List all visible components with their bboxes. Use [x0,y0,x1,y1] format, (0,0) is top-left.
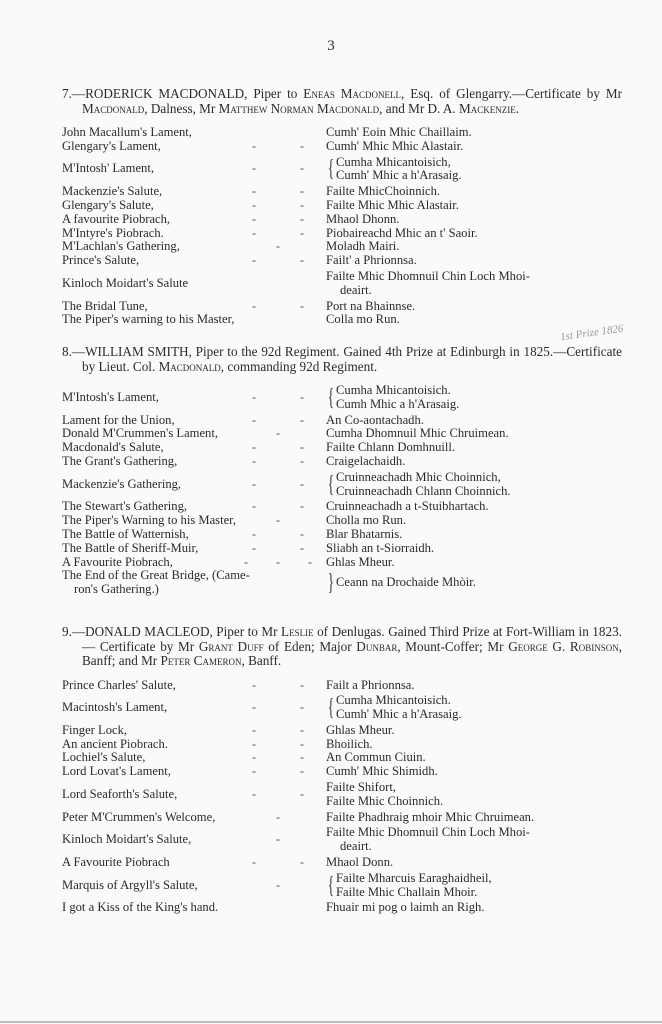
leader-dashes: -- [230,441,326,455]
tune-row: Marquis of Argyll's Salute,-{Failte Mhar… [62,872,622,900]
gaelic-title: Craigelachaidh. [326,455,622,469]
entry-heading: 7.—RODERICK MACDONALD, Piper to Eneas Ma… [62,87,622,116]
gaelic-title: Port na Bhainnse. [326,300,622,314]
tune-row: Finger Lock,--Ghlas Mheur. [62,724,622,738]
tune-row: Prince's Salute,--Failt' a Phrionnsa. [62,254,622,268]
entry-heading: 8.—WILLIAM SMITH, Piper to the 92d Regim… [62,345,622,374]
english-title: M'Intyre's Piobrach. [62,227,230,241]
english-title: A favourite Piobrach, [62,213,230,227]
tune-row: Lord Seaforth's Salute,--Failte Shifort,… [62,781,622,809]
entry-number: 7.— [62,86,85,101]
piper-entry-7: 7.—RODERICK MACDONALD, Piper to Eneas Ma… [62,87,622,327]
gaelic-title: }Ceann na Drochaide Mhòir. [326,571,622,595]
leader-dashes: -- [230,254,326,268]
tune-row: Lord Lovat's Lament,--Cumh' Mhic Shimidh… [62,765,622,779]
english-title: Finger Lock, [62,724,230,738]
tune-row: The Battle of Watternish,--Blar Bhatarni… [62,528,622,542]
leader-dashes: -- [230,528,326,542]
gaelic-title: Ghlas Mheur. [326,556,622,570]
tune-row: The Piper's Warning to his Master,-Choll… [62,514,622,528]
english-title: Peter M'Crummen's Welcome, [62,811,230,825]
tune-row: M'Lachlan's Gathering,-Moladh Mairi. [62,240,622,254]
gaelic-title: An Commun Ciuin. [326,751,622,765]
english-title: Glengary's Lament, [62,140,230,154]
piper-entry-8: 8.—WILLIAM SMITH, Piper to the 92d Regim… [62,345,622,597]
english-title: Macdonald's Salute, [62,441,230,455]
gaelic-title: Failte Mhic Dhomnuil Chin Loch Mhoi-deai… [326,270,622,298]
english-title: Kinloch Moidart's Salute [62,277,230,291]
gaelic-title: {Cumha Mhicantoisich,Cumh' Mhic a h'Aras… [326,156,622,184]
gaelic-title: {Cruinneachadh Mhic Choinnich,Cruinneach… [326,471,622,499]
tune-row: An ancient Piobrach.--Bhoilich. [62,738,622,752]
page-number: 3 [0,38,662,55]
english-title: Donald M'Crummen's Lament, [62,427,230,441]
gaelic-title: Mhaol Dhonn. [326,213,622,227]
tune-list: Prince Charles' Salute,--Failt a Phrionn… [62,679,622,916]
leader-dashes: -- [230,185,326,199]
tune-row: Peter M'Crummen's Welcome,-Failte Phadhr… [62,811,622,825]
gaelic-title: Piobaireachd Mhic an t' Saoir. [326,227,622,241]
english-title: The Stewart's Gathering, [62,500,230,514]
leader-dashes: --- [230,556,326,570]
tune-row: M'Intyre's Piobrach.--Piobaireachd Mhic … [62,227,622,241]
leader-dashes: - [230,879,326,893]
tune-row: A Favourite Piobrach,---Ghlas Mheur. [62,556,622,570]
brace-glyph: } [328,571,332,595]
english-title: John Macallum's Lament, [62,126,230,140]
leader-dashes: -- [230,724,326,738]
english-title: M'Intosh's Lament, [62,391,230,405]
leader-dashes: -- [230,162,326,176]
gaelic-title: Moladh Mairi. [326,240,622,254]
english-title: Glengary's Salute, [62,199,230,213]
entry-number: 8.— [62,344,85,359]
brace-glyph: { [328,696,332,720]
english-title: A Favourite Piobrach [62,856,230,870]
english-title: An ancient Piobrach. [62,738,230,752]
tune-row: A favourite Piobrach,--Mhaol Dhonn. [62,213,622,227]
brace-glyph: { [328,874,332,898]
gaelic-title: Failte Chlann Domhnuill. [326,441,622,455]
gaelic-title: An Co-aontachadh. [326,414,622,428]
tune-row: The Bridal Tune,--Port na Bhainnse. [62,300,622,314]
tune-row: Mackenzie's Gathering,--{Cruinneachadh M… [62,471,622,499]
gaelic-title: Failt' a Phrionnsa. [326,254,622,268]
gaelic-title: Cumh' Eoin Mhic Chaillaim. [326,126,622,140]
piper-name: DONALD MACLEOD [85,624,209,639]
tune-row: M'Intosh' Lament,--{Cumha Mhicantoisich,… [62,156,622,184]
english-title: The End of the Great Bridge, (Came-ron's… [62,569,326,597]
gaelic-title: Sliabh an t-Siorraidh. [326,542,622,556]
leader-dashes: - [230,833,326,847]
gaelic-title: Failt a Phrionnsa. [326,679,622,693]
tune-row: Lament for the Union,--An Co-aontachadh. [62,414,622,428]
english-title: A Favourite Piobrach, [62,556,230,570]
english-title: The Piper's warning to his Master, [62,313,230,327]
english-title: Lord Seaforth's Salute, [62,788,230,802]
english-title: The Bridal Tune, [62,300,230,314]
leader-dashes: -- [230,856,326,870]
entry-number: 9.— [62,624,85,639]
gaelic-title: Fhuair mi pog o laimh an Righ. [326,901,622,915]
leader-dashes: -- [230,478,326,492]
gaelic-title: Failte Mhic Dhomnuil Chin Loch Mhoi-deai… [326,826,622,854]
english-title: Prince's Salute, [62,254,230,268]
gaelic-title: Bhoilich. [326,738,622,752]
tune-row: I got a Kiss of the King's hand.Fhuair m… [62,901,622,915]
leader-dashes: -- [230,542,326,556]
tune-row: Donald M'Crummen's Lament,-Cumha Dhomnui… [62,427,622,441]
leader-dashes: -- [230,738,326,752]
leader-dashes: -- [230,227,326,241]
gaelic-title: {Cumha Mhicantoisich.Cumh Mhic a h'Arasa… [326,384,622,412]
english-title: I got a Kiss of the King's hand. [62,901,230,915]
leader-dashes: - [230,514,326,528]
tune-row: Macdonald's Salute,--Failte Chlann Domhn… [62,441,622,455]
english-title: Macintosh's Lament, [62,701,230,715]
leader-dashes: -- [230,391,326,405]
leader-dashes: -- [230,765,326,779]
english-title: Lochiel's Salute, [62,751,230,765]
tune-row: Macintosh's Lament,--{Cumha Mhicantoisic… [62,694,622,722]
english-title: Mackenzie's Gathering, [62,478,230,492]
leader-dashes: - [230,427,326,441]
english-title: Lord Lovat's Lament, [62,765,230,779]
tune-row: The End of the Great Bridge, (Came-ron's… [62,569,622,597]
leader-dashes: -- [230,751,326,765]
tune-row: The Battle of Sheriff-Muir,--Sliabh an t… [62,542,622,556]
tune-row: Kinloch Moidart's SaluteFailte Mhic Dhom… [62,270,622,298]
tune-row: The Stewart's Gathering,--Cruinneachadh … [62,500,622,514]
gaelic-title: Blar Bhatarnis. [326,528,622,542]
leader-dashes: -- [230,414,326,428]
leader-dashes: -- [230,300,326,314]
tune-row: Glengary's Lament,--Cumh' Mhic Mhic Alas… [62,140,622,154]
english-title: M'Intosh' Lament, [62,162,230,176]
english-title: The Battle of Sheriff-Muir, [62,542,230,556]
tune-row: John Macallum's Lament,Cumh' Eoin Mhic C… [62,126,622,140]
tune-row: Prince Charles' Salute,--Failt a Phrionn… [62,679,622,693]
document-page: 3 1st Prize 1826 7.—RODERICK MACDONALD, … [0,0,662,1024]
brace-glyph: { [328,157,332,181]
gaelic-title: Mhaol Donn. [326,856,622,870]
tune-row: Lochiel's Salute,--An Commun Ciuin. [62,751,622,765]
gaelic-title: {Failte Mharcuis Earaghaidheil,Failte Mh… [326,872,622,900]
leader-dashes: -- [230,455,326,469]
english-title: Prince Charles' Salute, [62,679,230,693]
piper-entry-9: 9.—DONALD MACLEOD, Piper to Mr Leslie of… [62,625,622,915]
english-title: The Battle of Watternish, [62,528,230,542]
leader-dashes: -- [230,679,326,693]
tune-row: Mackenzie's Salute,--Failte MhicChoinnic… [62,185,622,199]
tune-row: Glengary's Salute,--Failte Mhic Mhic Ala… [62,199,622,213]
gaelic-title: Cumh' Mhic Shimidh. [326,765,622,779]
leader-dashes: -- [230,788,326,802]
gaelic-title: Cholla mo Run. [326,514,622,528]
gaelic-title: Failte MhicChoinnich. [326,185,622,199]
leader-dashes: -- [230,140,326,154]
tune-list: M'Intosh's Lament,--{Cumha Mhicantoisich… [62,384,622,597]
leader-dashes: - [230,811,326,825]
gaelic-title: {Cumha Mhicantoisich.Cumh' Mhic a h'Aras… [326,694,622,722]
leader-dashes: -- [230,199,326,213]
tune-row: M'Intosh's Lament,--{Cumha Mhicantoisich… [62,384,622,412]
english-title: The Grant's Gathering, [62,455,230,469]
leader-dashes: - [230,240,326,254]
piper-name: WILLIAM SMITH [85,344,188,359]
tune-list: John Macallum's Lament,Cumh' Eoin Mhic C… [62,126,622,327]
tune-row: The Grant's Gathering,--Craigelachaidh. [62,455,622,469]
leader-dashes: -- [230,213,326,227]
page-edge [0,1021,662,1023]
gaelic-title: Failte Mhic Mhic Alastair. [326,199,622,213]
gaelic-title: Ghlas Mheur. [326,724,622,738]
english-title: Mackenzie's Salute, [62,185,230,199]
tune-row: Kinloch Moidart's Salute,-Failte Mhic Dh… [62,826,622,854]
english-title: Lament for the Union, [62,414,230,428]
english-title: The Piper's Warning to his Master, [62,514,230,528]
leader-dashes: -- [230,500,326,514]
brace-glyph: { [328,386,332,410]
english-title: Kinloch Moidart's Salute, [62,833,230,847]
english-title: Marquis of Argyll's Salute, [62,879,230,893]
gaelic-title: Failte Phadhraig mhoir Mhic Chruimean. [326,811,622,825]
leader-dashes: -- [230,701,326,715]
tune-row: A Favourite Piobrach--Mhaol Donn. [62,856,622,870]
gaelic-title: Cruinneachadh a t-Stuibhartach. [326,500,622,514]
gaelic-title: Cumh' Mhic Mhic Alastair. [326,140,622,154]
tune-row: The Piper's warning to his Master,Colla … [62,313,622,327]
gaelic-title: Failte Shifort,Failte Mhic Choinnich. [326,781,622,809]
english-title: M'Lachlan's Gathering, [62,240,230,254]
gaelic-title: Colla mo Run. [326,313,622,327]
brace-glyph: { [328,473,332,497]
piper-name: RODERICK MACDONALD [85,86,244,101]
gaelic-title: Cumha Dhomnuil Mhic Chruimean. [326,427,622,441]
entry-heading: 9.—DONALD MACLEOD, Piper to Mr Leslie of… [62,625,622,669]
